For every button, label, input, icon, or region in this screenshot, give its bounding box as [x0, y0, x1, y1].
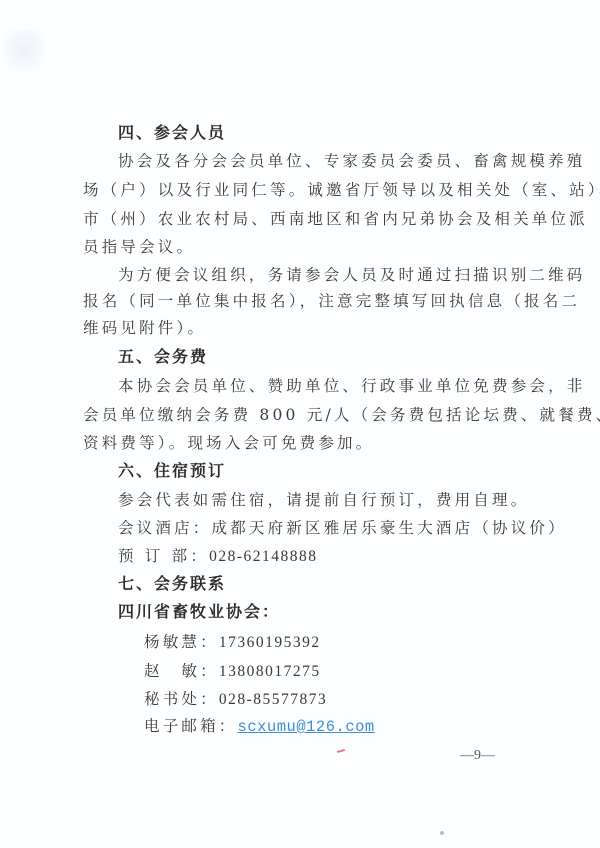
section4-p2-line1: 为方便会议组织，务请参会人员及时通过扫描识别二维码 [118, 265, 586, 285]
contact-label: 赵 敏： [144, 662, 219, 680]
booking-label: 预 订 部： [118, 547, 209, 565]
section5-p1-line2: 会员单位缴纳会务费 800 元/人（会务费包括论坛费、就餐费、 [83, 405, 600, 425]
section4-heading: 四、参会人员 [118, 123, 226, 143]
contact-row: 赵 敏：13808017275 [144, 661, 321, 682]
hotel-label: 会议酒店： [118, 519, 212, 537]
scan-mark [440, 831, 444, 835]
scan-mark [337, 749, 345, 753]
section5-p1-line3: 资料费等）。现场入会可免费参加。 [83, 433, 374, 453]
section4-p1-line1: 协会及各分会会员单位、专家委员会委员、畜禽规模养殖 [118, 151, 586, 171]
contact-label: 秘书处： [144, 690, 219, 708]
contact-phone: 028-85577873 [219, 691, 327, 708]
contact-phone: 17360195392 [219, 634, 321, 651]
email-row: 电子邮箱：scxumu@126.com [144, 716, 375, 737]
contact-phone: 13808017275 [219, 663, 321, 680]
contact-row: 杨敏慧：17360195392 [144, 632, 321, 653]
hotel-value: 成都天府新区雅居乐豪生大酒店（协议价） [212, 519, 567, 537]
section4-p2-line2: 报名（同一单位集中报名），注意完整填写回执信息（报名二 [83, 291, 580, 311]
page-number: —9— [460, 748, 495, 764]
scan-artifact [4, 30, 44, 70]
hotel-row: 会议酒店：成都天府新区雅居乐豪生大酒店（协议价） [118, 518, 567, 538]
organization-name: 四川省畜牧业协会： [118, 602, 280, 622]
section6-heading: 六、住宿预订 [118, 461, 226, 481]
booking-row: 预 订 部：028-62148888 [118, 546, 317, 567]
contact-label: 杨敏慧： [144, 633, 219, 651]
section4-p2-line3: 维码见附件）。 [83, 318, 206, 338]
section4-p1-line2: 场（户）以及行业同仁等。诚邀省厅领导以及相关处（室、站）、 [83, 180, 600, 200]
section5-heading: 五、会务费 [118, 347, 208, 367]
email-link[interactable]: scxumu@126.com [238, 718, 375, 736]
contact-row: 秘书处：028-85577873 [144, 689, 327, 710]
section7-heading: 七、会务联系 [118, 574, 226, 594]
accommodation-note: 参会代表如需住宿，请提前自行预订，费用自理。 [118, 490, 529, 510]
section4-p1-line3: 市（州）农业农村局、西南地区和省内兄弟协会及相关单位派 [83, 209, 588, 229]
booking-phone: 028-62148888 [209, 548, 317, 565]
section5-p1-line1: 本协会会员单位、赞助单位、行政事业单位免费参会，非 [118, 376, 586, 396]
email-label: 电子邮箱： [144, 717, 238, 735]
section4-p1-line4: 员指导会议。 [83, 237, 195, 257]
